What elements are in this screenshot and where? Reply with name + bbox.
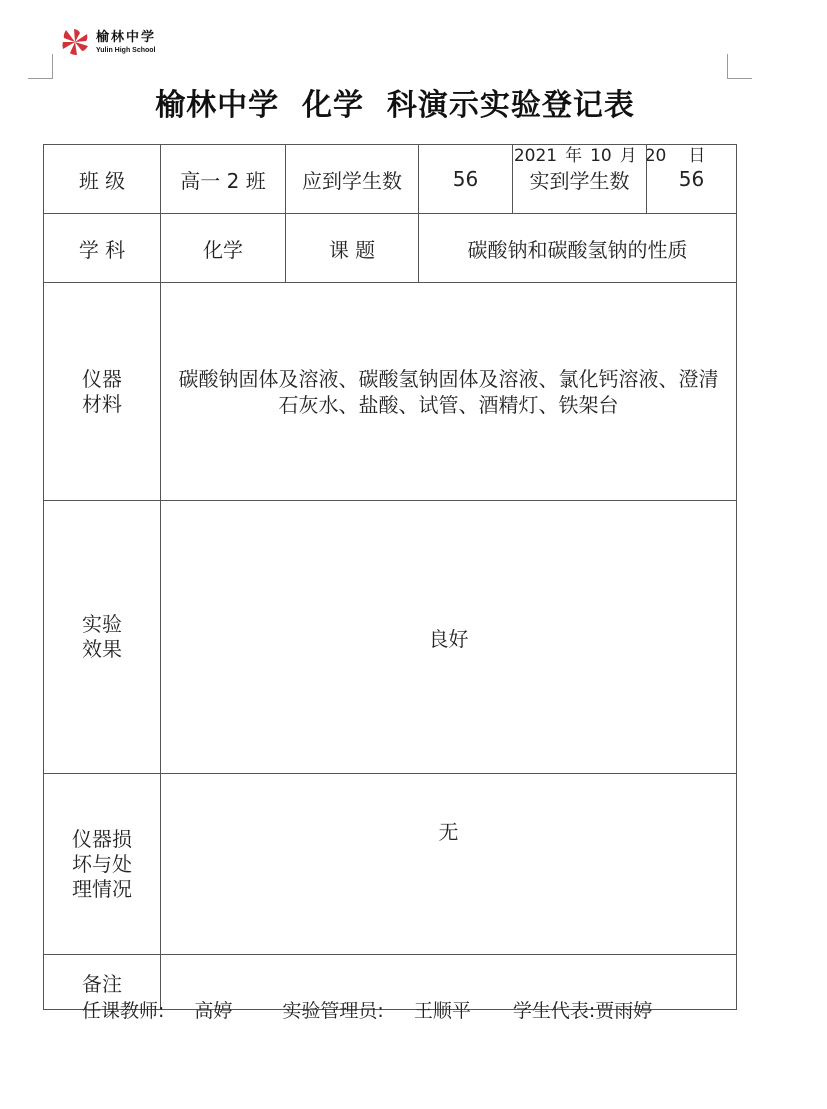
logo-english-name: Yulin High School	[96, 47, 156, 54]
damage-label-line2: 坏与处	[44, 852, 160, 877]
effect-label-line2: 效果	[44, 637, 160, 662]
expected-students-label: 应到学生数	[286, 145, 419, 214]
student-rep-name: 贾雨婷	[595, 996, 652, 1023]
damage-label: 仪器损 坏与处 理情况	[44, 774, 161, 955]
materials-label-line2: 材料	[44, 392, 160, 417]
subject-value: 化学	[161, 214, 286, 283]
table-row-effect: 实验 效果 良好	[44, 501, 737, 774]
signature-footer: 任课教师: 高婷 实验管理员: 王顺平 学生代表: 贾雨婷	[82, 996, 652, 1023]
student-rep-label: 学生代表:	[513, 996, 595, 1023]
logo-pinwheel-icon	[60, 27, 90, 57]
class-value: 高一 2 班	[161, 145, 286, 214]
margin-corner-mark-right	[727, 54, 752, 79]
effect-label-line1: 实验	[44, 612, 160, 637]
topic-value: 碳酸钠和碳酸氢钠的性质	[419, 214, 737, 283]
actual-students-label: 实到学生数	[513, 145, 647, 214]
table-row-materials: 仪器 材料 碳酸钠固体及溶液、碳酸氢钠固体及溶液、氯化钙溶液、澄清石灰水、盐酸、…	[44, 283, 737, 501]
table-row-damage: 仪器损 坏与处 理情况 无	[44, 774, 737, 955]
damage-label-line3: 理情况	[44, 877, 160, 902]
topic-label: 课 题	[286, 214, 419, 283]
manager-name: 王顺平	[414, 996, 471, 1023]
class-label: 班 级	[44, 145, 161, 214]
logo-chinese-name: 榆林中学	[96, 31, 156, 44]
subject-label: 学 科	[44, 214, 161, 283]
manager-label: 实验管理员:	[282, 996, 383, 1023]
page-title: 榆林中学 化学 科演示实验登记表	[0, 80, 790, 124]
registration-table: 班 级 高一 2 班 应到学生数 56 实到学生数 56 学 科 化学 课 题 …	[43, 144, 737, 1010]
materials-label-line1: 仪器	[44, 367, 160, 392]
materials-value: 碳酸钠固体及溶液、碳酸氢钠固体及溶液、氯化钙溶液、澄清石灰水、盐酸、试管、酒精灯…	[161, 283, 737, 501]
school-logo: 榆林中学 Yulin High School	[60, 26, 156, 58]
effect-value: 良好	[161, 501, 737, 774]
table-row-subject: 学 科 化学 课 题 碳酸钠和碳酸氢钠的性质	[44, 214, 737, 283]
teacher-name: 高婷	[194, 996, 232, 1023]
table-row-class: 班 级 高一 2 班 应到学生数 56 实到学生数 56	[44, 145, 737, 214]
effect-label: 实验 效果	[44, 501, 161, 774]
damage-value: 无	[161, 774, 737, 955]
materials-label: 仪器 材料	[44, 283, 161, 501]
margin-corner-mark-left	[28, 54, 53, 79]
actual-students-value: 56	[647, 145, 737, 214]
teacher-label: 任课教师:	[82, 996, 164, 1023]
expected-students-value: 56	[419, 145, 513, 214]
damage-label-line1: 仪器损	[44, 827, 160, 852]
